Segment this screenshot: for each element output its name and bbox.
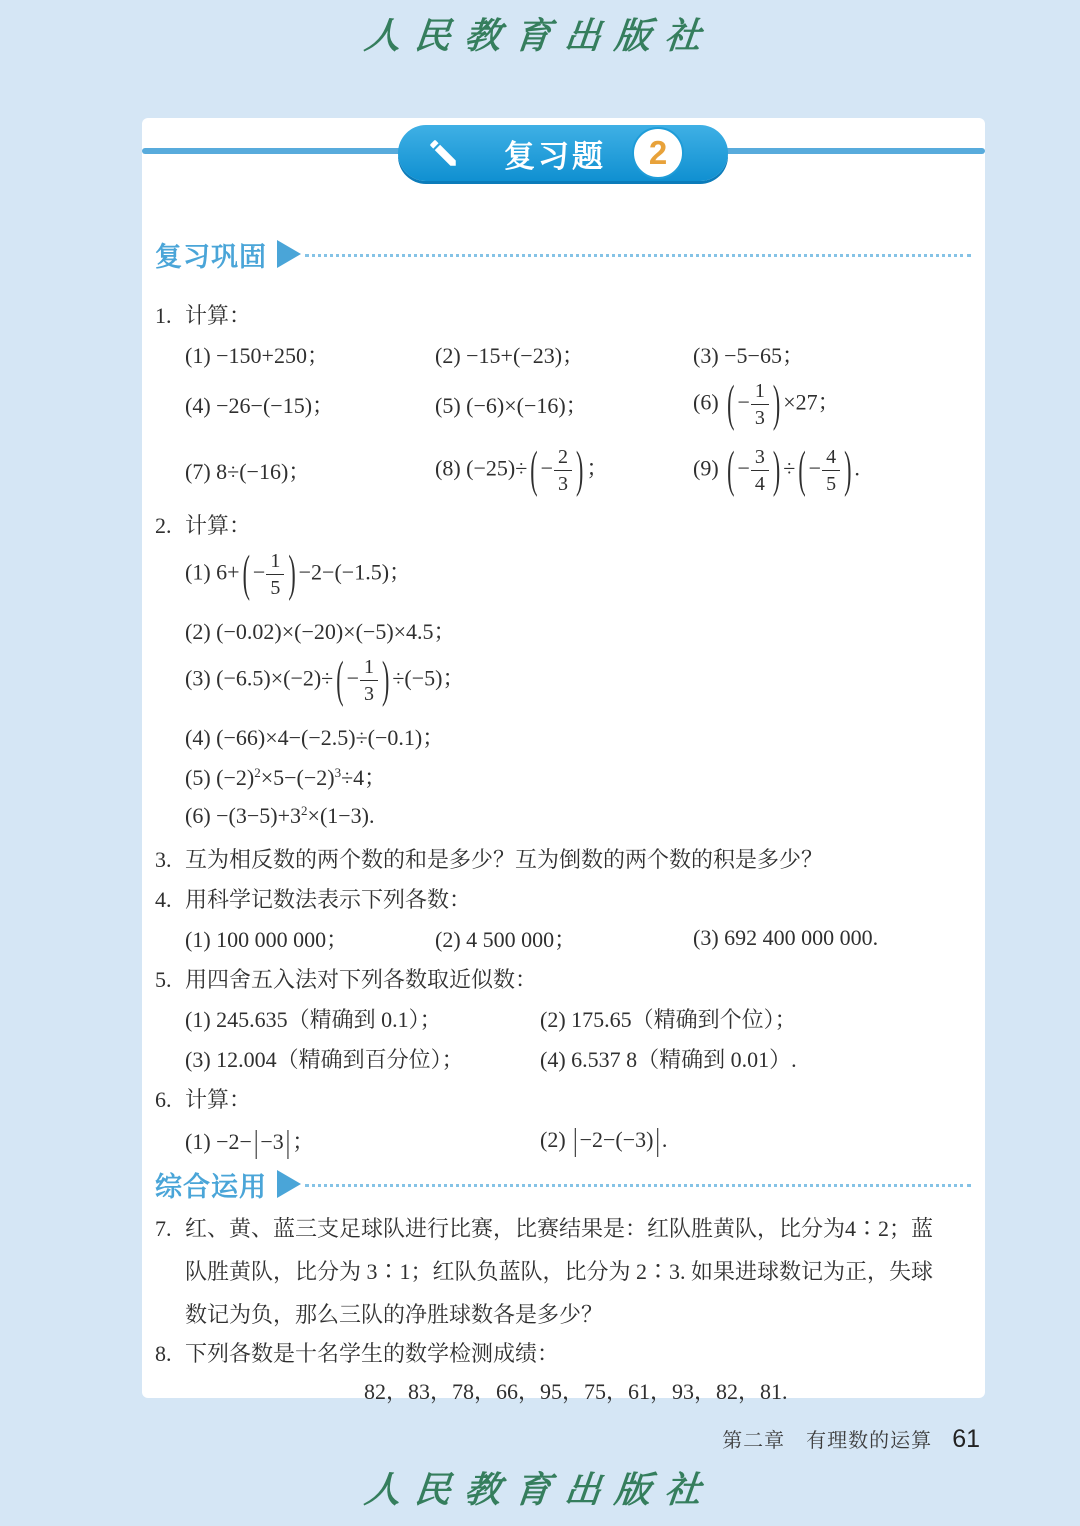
problem-1-heading: 1.计算： — [142, 301, 985, 331]
page-footer: 第二章 有理数的运算 61 — [722, 1424, 980, 1454]
math-item: (2) (−0.02)×(−20)×(−5)×4.5； — [185, 615, 985, 646]
section-apply-heading: 综合运用 — [155, 1167, 971, 1201]
section-apply-label: 综合运用 — [155, 1165, 267, 1204]
math-item: (2) 175.65（精确到个位）； — [540, 1003, 985, 1034]
textbook-page: 人民教育出版社 复习题 2 复习巩固 1.计算： (1) −150+250； (… — [0, 0, 1080, 1526]
problem-number: 6. — [155, 1085, 185, 1115]
problem-2-item-5: (5) (−2)2×5−(−2)3÷4； — [142, 759, 985, 793]
page-number: 61 — [952, 1425, 980, 1454]
chapter-title: 第二章 有理数的运算 — [722, 1424, 932, 1453]
math-item: (4) −26−(−15)； — [185, 389, 435, 420]
banner-pill: 复习题 2 — [398, 125, 728, 181]
math-item: (1) 245.635（精确到 0.1）； — [185, 1003, 540, 1034]
problem-8-scores: 82，83，78，66，95，75，61，93，82，81. — [142, 1376, 985, 1408]
dotted-rule — [305, 254, 971, 257]
dotted-rule — [305, 1184, 971, 1187]
problem-2-item-4: (4) (−66)×4−(−2.5)÷(−0.1)； — [142, 719, 985, 753]
problem-title: 用科学记数法表示下列各数： — [185, 887, 471, 912]
problem-title: 下列各数是十名学生的数学检测成绩： — [185, 1341, 559, 1366]
problem-5-heading: 5.用四舍五入法对下列各数取近似数： — [142, 965, 985, 995]
problem-title: 用四舍五入法对下列各数取近似数： — [185, 967, 537, 992]
problem-title: 计算： — [185, 303, 251, 328]
math-item: (7) 8÷(−16)； — [185, 455, 435, 486]
publisher-logo-top: 人民教育出版社 — [0, 8, 1080, 59]
math-item: (9) (−34)÷(−45). — [693, 447, 985, 494]
problem-4-heading: 4.用科学记数法表示下列各数： — [142, 885, 985, 915]
math-item: (1) 6+(−15)−2−(−1.5)； — [185, 551, 985, 598]
problem-7-line-1: 7.红、黄、蓝三支足球队进行比赛，比赛结果是：红队胜黄队，比分为4∶2；蓝 — [142, 1207, 985, 1250]
problem-7-line-3: 数记为负，那么三队的净胜球数各是多少？ — [142, 1293, 985, 1336]
math-item: (1) 100 000 000； — [185, 923, 435, 954]
math-item: (3) 12.004（精确到百分位）； — [185, 1043, 540, 1074]
math-item: (1) −2−|−3|； — [185, 1125, 540, 1156]
math-item: (4) 6.537 8（精确到 0.01）. — [540, 1043, 985, 1074]
problem-title: 计算： — [185, 1087, 251, 1112]
math-item: (3) (−6.5)×(−2)÷(−13)÷(−5)； — [185, 657, 985, 704]
math-item: (2) −15+(−23)； — [435, 339, 693, 370]
problem-number: 4. — [155, 885, 185, 915]
problem-2-item-2: (2) (−0.02)×(−20)×(−5)×4.5； — [142, 613, 985, 647]
problem-number: 5. — [155, 965, 185, 995]
problem-1-row-2: (4) −26−(−15)； (5) (−6)×(−16)； (6) (−13)… — [142, 371, 985, 437]
problem-2-item-1: (1) 6+(−15)−2−(−1.5)； — [142, 541, 985, 607]
section-review-heading: 复习巩固 — [155, 237, 971, 271]
math-item: (8) (−25)÷(−23)； — [435, 447, 693, 494]
banner-title: 复习题 — [504, 131, 606, 176]
math-item: (2) |−2−(−3)|. — [540, 1127, 985, 1153]
problem-3: 3.互为相反数的两个数的和是多少？互为倒数的两个数的积是多少？ — [142, 845, 985, 875]
problem-6-heading: 6.计算： — [142, 1085, 985, 1115]
math-item: (1) −150+250； — [185, 339, 435, 370]
problem-2-item-6: (6) −(3−5)+32×(1−3). — [142, 799, 985, 833]
problem-number: 3. — [155, 845, 185, 875]
math-item: (3) −5−65； — [693, 339, 985, 370]
problem-title: 计算： — [185, 513, 251, 538]
problem-number: 8. — [155, 1336, 185, 1372]
problem-7-line-2: 队胜黄队，比分为 3∶1；红队负蓝队，比分为 2∶3. 如果进球数记为正，失球 — [142, 1250, 985, 1293]
triangle-right-icon — [277, 240, 301, 268]
math-item: (6) −(3−5)+32×(1−3). — [185, 803, 985, 829]
pencil-icon — [426, 136, 460, 170]
problem-2-item-3: (3) (−6.5)×(−2)÷(−13)÷(−5)； — [142, 647, 985, 713]
problem-number: 1. — [155, 301, 185, 331]
math-item: (5) (−2)2×5−(−2)3÷4； — [185, 761, 985, 792]
banner-number-badge: 2 — [632, 127, 684, 179]
problem-6-row: (1) −2−|−3|； (2) |−2−(−3)|. — [142, 1121, 985, 1159]
problem-5-row-1: (1) 245.635（精确到 0.1）； (2) 175.65（精确到个位）； — [142, 1001, 985, 1035]
math-item: (6) (−13)×27； — [693, 381, 985, 428]
math-item: (4) (−66)×4−(−2.5)÷(−0.1)； — [185, 721, 985, 752]
problem-2-heading: 2.计算： — [142, 511, 985, 541]
problem-number: 2. — [155, 511, 185, 541]
math-item: (3) 692 400 000 000. — [693, 925, 985, 951]
triangle-right-icon — [277, 1170, 301, 1198]
problem-1-row-1: (1) −150+250； (2) −15+(−23)； (3) −5−65； — [142, 337, 985, 371]
problem-number: 7. — [155, 1207, 185, 1250]
problem-8-heading: 8.下列各数是十名学生的数学检测成绩： — [142, 1336, 985, 1372]
problem-text: 红、黄、蓝三支足球队进行比赛，比赛结果是：红队胜黄队，比分为4∶2；蓝 — [185, 1216, 933, 1241]
problem-1-row-3: (7) 8÷(−16)； (8) (−25)÷(−23)； (9) (−34)÷… — [142, 437, 985, 503]
content-card: 复习题 2 复习巩固 1.计算： (1) −150+250； (2) −15+(… — [142, 118, 985, 1398]
problem-5-row-2: (3) 12.004（精确到百分位）； (4) 6.537 8（精确到 0.01… — [142, 1041, 985, 1075]
math-item: (2) 4 500 000； — [435, 923, 693, 954]
review-banner: 复习题 2 — [142, 125, 985, 182]
section-review-label: 复习巩固 — [155, 235, 267, 274]
problem-4-row: (1) 100 000 000； (2) 4 500 000； (3) 692 … — [142, 921, 985, 955]
problem-text: 互为相反数的两个数的和是多少？互为倒数的两个数的积是多少？ — [185, 847, 823, 872]
math-item: (5) (−6)×(−16)； — [435, 389, 693, 420]
publisher-logo-bottom: 人民教育出版社 — [0, 1462, 1080, 1513]
